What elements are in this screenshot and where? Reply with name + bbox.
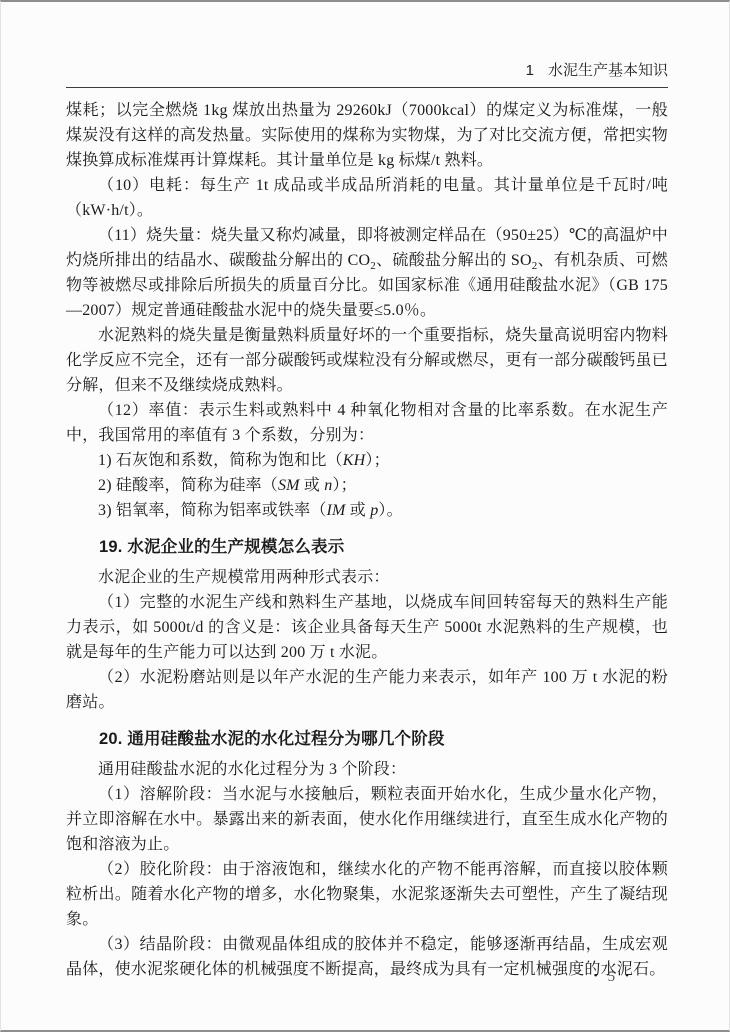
section-heading: 20. 通用硅酸盐水泥的水化过程分为哪几个阶段 — [66, 727, 668, 752]
list-item: 2) 硅酸率，简称为硅率（SM 或 n）； — [66, 473, 668, 498]
paragraph: 通用硅酸盐水泥的水化过程分为 3 个阶段： — [66, 757, 668, 782]
paragraph: （11）烧失量：烧失量又称灼减量，即将被测定样品在（950±25）℃的高温炉中灼… — [66, 223, 668, 323]
paragraph-continuation: 煤耗；以完全燃烧 1kg 煤放出热量为 29260kJ（7000kcal）的煤定… — [66, 98, 668, 173]
list-item: 3) 铝氧率，简称为铝率或铁率（IM 或 p）。 — [66, 498, 668, 523]
running-head: 1水泥生产基本知识 — [66, 62, 668, 88]
paragraph: 水泥企业的生产规模常用两种形式表示： — [66, 565, 668, 590]
paragraph: （10）电耗：每生产 1t 成品或半成品所消耗的电量。其计量单位是千瓦时/吨（k… — [66, 173, 668, 223]
chapter-number: 1 — [526, 62, 534, 79]
content-area: 煤耗；以完全燃烧 1kg 煤放出热量为 29260kJ（7000kcal）的煤定… — [66, 98, 668, 982]
footer-left-dot: • — [594, 968, 598, 984]
chapter-title: 水泥生产基本知识 — [548, 62, 668, 79]
paragraph: （12）率值：表示生料或熟料中 4 种氧化物相对含量的比率系数。在水泥生产中，我… — [66, 398, 668, 448]
paragraph: （1）完整的水泥生产线和熟料生产基地，以烧成车间回转窑每天的熟料生产能力表示，如… — [66, 590, 668, 665]
book-page: 1水泥生产基本知识 煤耗；以完全燃烧 1kg 煤放出热量为 29260kJ（70… — [0, 0, 730, 1032]
list-item: 1) 石灰饱和系数，简称为饱和比（KH）； — [66, 448, 668, 473]
paragraph: （2）水泥粉磨站则是以年产水泥的生产能力来表示，如年产 100 万 t 水泥的粉… — [66, 665, 668, 715]
page-number: 5 — [608, 969, 616, 985]
section-heading: 19. 水泥企业的生产规模怎么表示 — [66, 535, 668, 560]
page-number-footer: •5• — [594, 969, 629, 986]
paragraph: （3）结晶阶段：由微观晶体组成的胶体并不稳定，能够逐渐再结晶，生成宏观晶体，使水… — [66, 932, 668, 982]
footer-right-dot: • — [625, 968, 629, 984]
paragraph: （1）溶解阶段：当水泥与水接触后，颗粒表面开始水化，生成少量水化产物，并立即溶解… — [66, 782, 668, 857]
paragraph: 水泥熟料的烧失量是衡量熟料质量好坏的一个重要指标，烧失量高说明窑内物料化学反应不… — [66, 323, 668, 398]
paragraph: （2）胶化阶段：由于溶液饱和，继续水化的产物不能再溶解，而直接以胶体颗粒析出。随… — [66, 857, 668, 932]
